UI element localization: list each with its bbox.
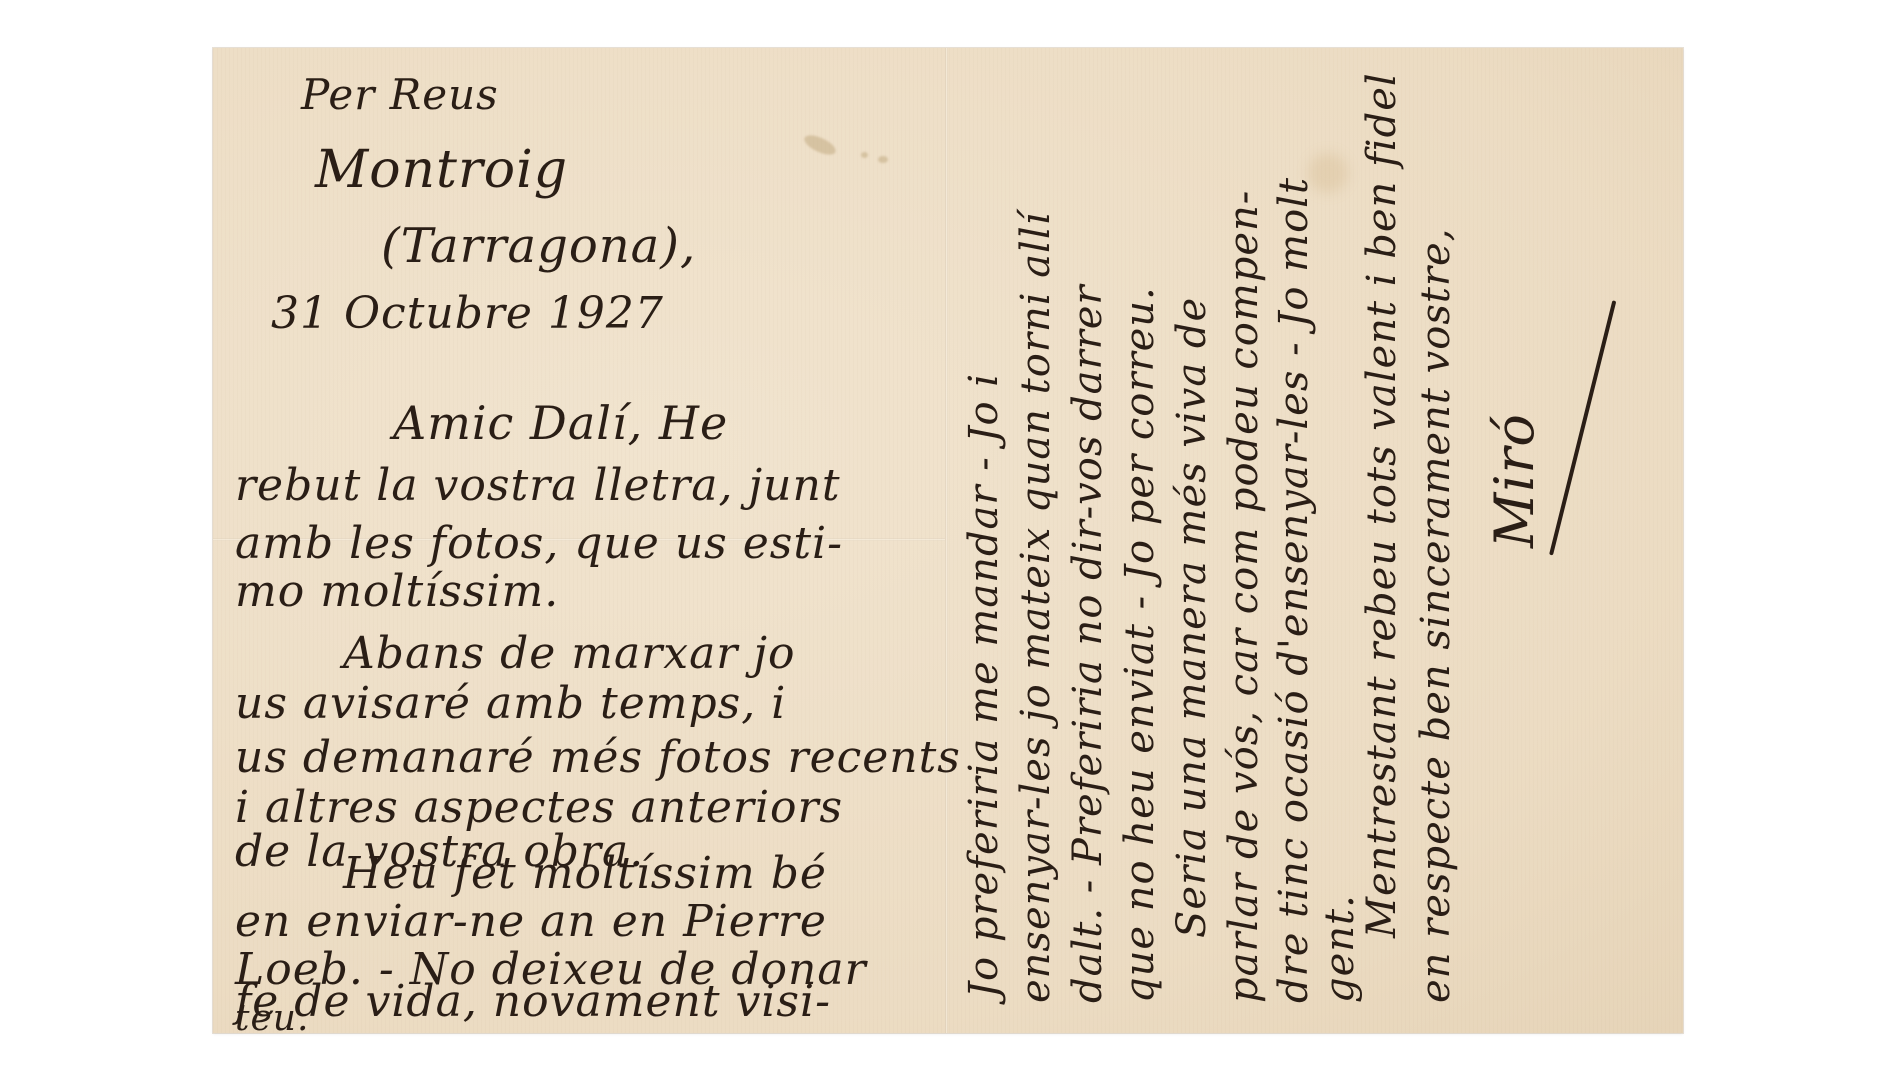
body-line: rebut la vostra lletra, junt: [235, 460, 841, 511]
vertical-fold-crease: [945, 48, 948, 1033]
signature-underline-stroke: [1549, 300, 1616, 555]
ink-stain: [878, 156, 888, 163]
right-page-line: Jo preferiria me mandar - Jo i: [961, 373, 1007, 998]
body-line: Abans de marxar jo: [343, 628, 795, 679]
body-line: en enviar-ne an en Pierre: [235, 896, 827, 947]
right-page-line: dre tinc ocasió d'ensenyar-les - Jo molt: [1271, 177, 1317, 1003]
body-line: teu.: [235, 998, 309, 1039]
right-page-line: gent.: [1317, 894, 1363, 1003]
body-line: fe de vida, novament visi-: [235, 976, 831, 1027]
signature: Miró: [1483, 413, 1546, 548]
body-line: mo moltíssim.: [235, 566, 559, 617]
address-line: (Tarragona),: [381, 218, 696, 274]
body-line: us avisaré amb temps, i: [235, 678, 786, 729]
address-line: Per Reus: [301, 70, 499, 119]
letter-paper: Per Reus Montroig (Tarragona), 31 Octubr…: [213, 48, 1683, 1033]
right-page-line: ensenyar-les jo mateix quan torni allí: [1013, 212, 1059, 1003]
right-page-line: dalt. - Preferiria no dir-vos darrer: [1065, 284, 1111, 1003]
address-line: Montroig: [315, 140, 568, 200]
right-page-line: parlar de vós, car com podeu compen-: [1221, 190, 1267, 1003]
body-line: amb les fotos, que us esti-: [235, 518, 843, 569]
right-page-line: Mentrestant rebeu tots valent i ben fide…: [1359, 72, 1405, 938]
right-page-line: que no heu enviat - Jo per correu.: [1117, 286, 1163, 1003]
body-line: Heu fet moltíssim bé: [343, 848, 827, 899]
right-page-line: en respecte ben sincerament vostre,: [1413, 228, 1459, 1003]
salutation: Amic Dalí, He: [393, 396, 728, 450]
ink-stain: [802, 131, 839, 158]
body-line: us demanaré més fotos recents: [235, 732, 961, 783]
right-page-line: Seria una manera més viva de: [1169, 297, 1215, 938]
ink-stain: [861, 152, 868, 158]
letter-date: 31 Octubre 1927: [271, 288, 664, 339]
